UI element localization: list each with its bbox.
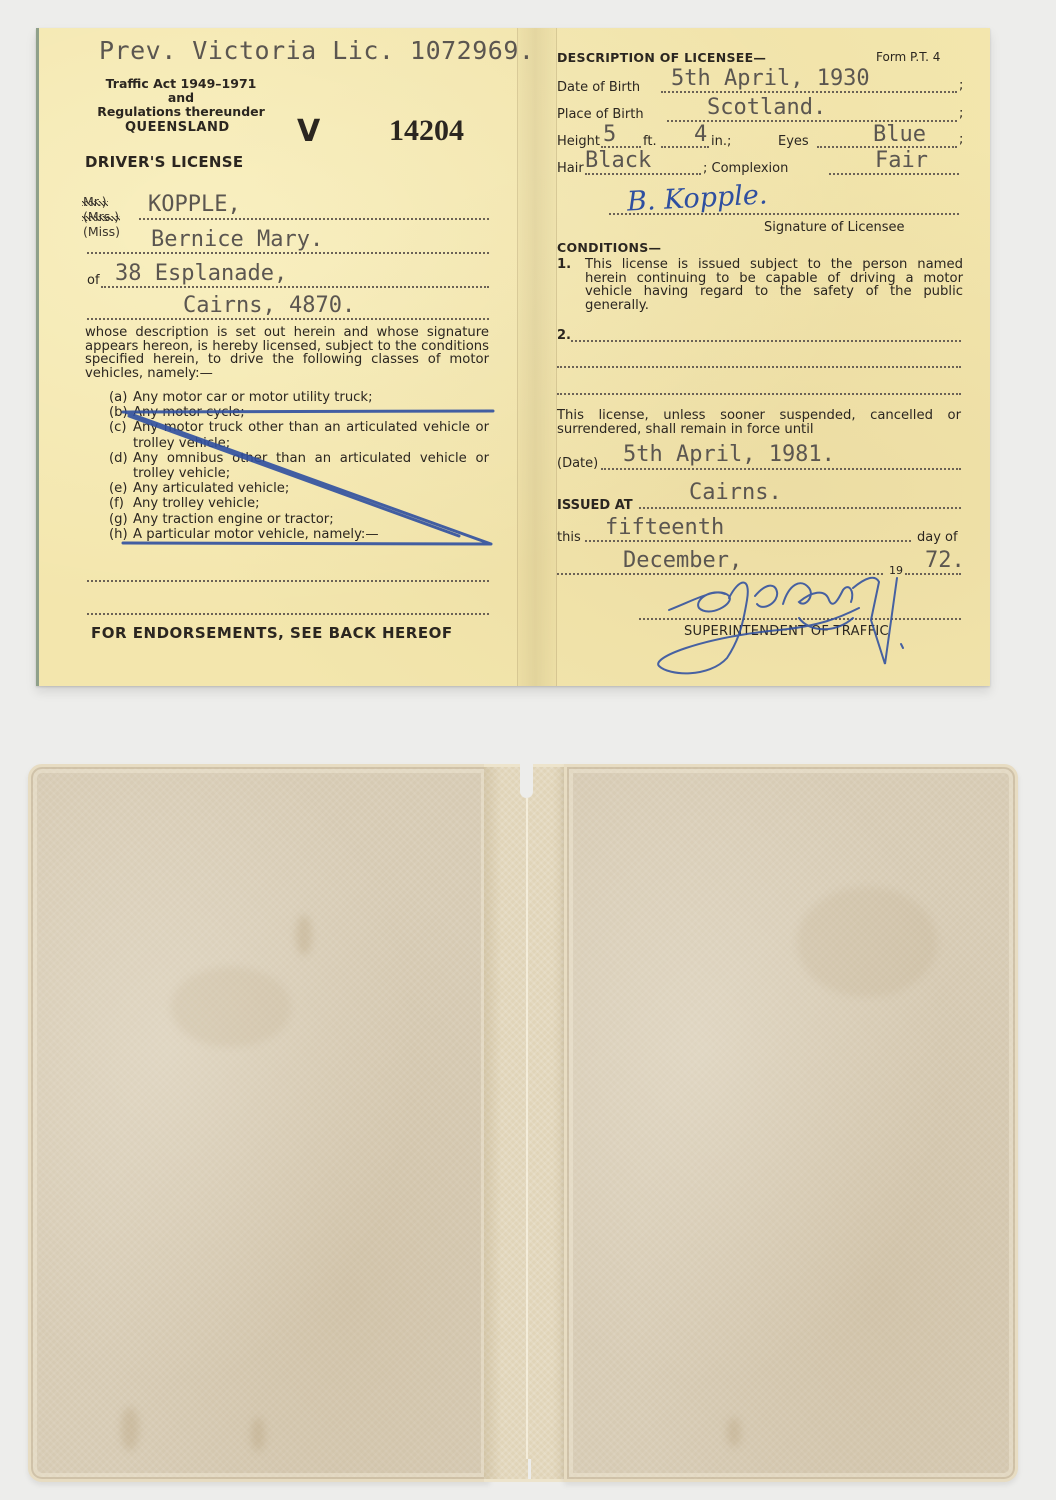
- height-in-line: [661, 146, 709, 148]
- pob-label: Place of Birth: [557, 107, 644, 122]
- condition-2-label: 2.: [557, 328, 571, 343]
- wallet-spine-seam: [526, 798, 528, 1459]
- stain: [251, 1417, 265, 1451]
- in-label: in.;: [711, 134, 731, 149]
- height-in-value: 4: [694, 122, 707, 147]
- height-label: Height: [557, 134, 600, 149]
- condition-1-text: This license is issued subject to the pe…: [585, 258, 963, 312]
- hair-label: Hair: [557, 161, 584, 176]
- issued-at-value: Cairns.: [689, 480, 782, 505]
- semicolon: ;: [959, 106, 963, 121]
- expiry-value: 5th April, 1981.: [623, 442, 835, 467]
- complexion-line: [829, 173, 959, 175]
- endorsements-note: FOR ENDORSEMENTS, SEE BACK HEREOF: [91, 624, 453, 642]
- expiry-line: [601, 468, 961, 470]
- complexion-label: ; Complexion: [703, 161, 788, 176]
- endorsement-line-2: [87, 613, 489, 615]
- condition-2-line-2: [557, 366, 961, 368]
- semicolon: ;: [959, 78, 963, 93]
- pen-strikethrough-mark: [39, 28, 519, 588]
- wallet-left-panel: [28, 764, 490, 1482]
- validity-statement: This license, unless sooner suspended, c…: [557, 409, 961, 436]
- dob-line: [661, 91, 957, 93]
- form-code: Form P.T. 4: [876, 50, 940, 64]
- dob-label: Date of Birth: [557, 80, 640, 95]
- stain: [171, 967, 291, 1047]
- signature-line: [609, 213, 959, 215]
- wallet-top-notch: [520, 754, 533, 798]
- condition-1-label: 1.: [557, 258, 585, 312]
- stain: [797, 887, 937, 997]
- hair-line: [585, 173, 701, 175]
- stain: [296, 915, 312, 955]
- eyes-label: Eyes: [778, 134, 809, 149]
- description-heading: DESCRIPTION OF LICENSEE—: [557, 50, 766, 65]
- hair-value: Black: [585, 148, 651, 173]
- license-card: Prev. Victoria Lic. 1072969. Traffic Act…: [36, 28, 990, 686]
- plastic-wallet-cover: [28, 764, 1020, 1479]
- wallet-right-panel: [564, 764, 1018, 1482]
- condition-2-line-3: [557, 393, 961, 395]
- semicolon: ;: [959, 132, 963, 147]
- this-label: this: [557, 530, 581, 545]
- conditions-heading: CONDITIONS—: [557, 240, 661, 255]
- stain: [727, 1417, 741, 1447]
- condition-1: 1. This license is issued subject to the…: [557, 258, 963, 312]
- pob-value: Scotland.: [707, 95, 826, 120]
- complexion-value: Fair: [875, 148, 928, 173]
- dob-value: 5th April, 1930: [671, 66, 870, 91]
- ft-label: ft.: [643, 134, 657, 149]
- card-fold: [517, 28, 557, 686]
- issued-at-label: ISSUED AT: [557, 498, 633, 513]
- stain: [121, 1407, 139, 1451]
- condition-2-line: [571, 340, 961, 342]
- issue-day-line: [585, 540, 911, 542]
- expiry-label: (Date): [557, 456, 598, 471]
- issued-at-line: [639, 507, 961, 509]
- signature-caption: Signature of Licensee: [764, 220, 905, 235]
- height-ft-value: 5: [603, 122, 616, 147]
- official-signature-scribble: [639, 548, 939, 688]
- licensee-signature: B. Kopple.: [626, 179, 768, 217]
- wallet-bottom-notch: [528, 1459, 531, 1479]
- endorsement-line-1: [87, 580, 489, 582]
- issue-day-value: fifteenth: [605, 515, 724, 540]
- eyes-value: Blue: [873, 122, 926, 147]
- day-of-label: day of: [917, 530, 958, 545]
